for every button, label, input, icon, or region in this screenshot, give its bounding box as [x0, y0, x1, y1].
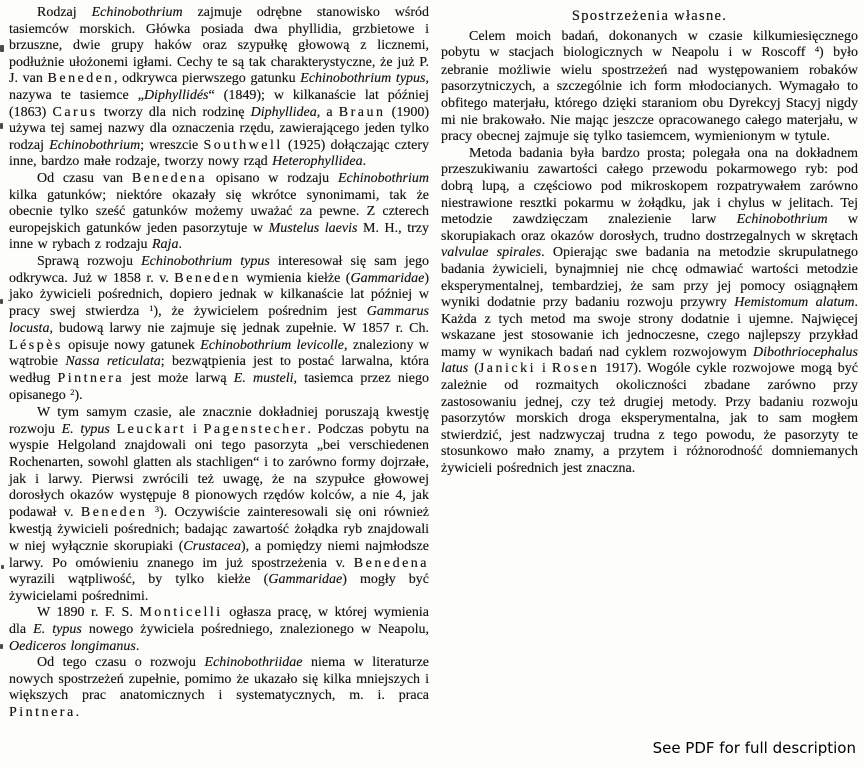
- scan-artifact: [0, 123, 3, 129]
- left-column: Rodzaj Echinobothrium zajmuje odrębne st…: [9, 5, 429, 768]
- scan-artifact: [0, 45, 4, 52]
- section-heading: Spostrzeżenia własne.: [441, 8, 858, 25]
- scan-artifact: [0, 644, 3, 649]
- pdf-note: See PDF for full description: [653, 740, 856, 757]
- paragraph: Sprawą rozwoju Echinobothrium typus inte…: [9, 254, 429, 405]
- scan-artifact: [0, 299, 3, 304]
- paragraph: Od czasu van Benedena opisano w rodzaju …: [9, 171, 429, 254]
- paragraph: Rodzaj Echinobothrium zajmuje odrębne st…: [9, 5, 429, 171]
- paragraph: W 1890 r. F. S. Monticelli ogłasza pracę…: [9, 605, 429, 655]
- scanned-paper-page: Rodzaj Echinobothrium zajmuje odrębne st…: [0, 0, 864, 768]
- paragraph: Celem moich badań, dokonanych w czasie k…: [441, 29, 858, 146]
- scan-artifact: [1, 565, 4, 569]
- paragraph: W tym samym czasie, ale znacznie dokładn…: [9, 405, 429, 605]
- paragraph: Od tego czasu o rozwoju Echinobothriidae…: [9, 655, 429, 721]
- right-column: Spostrzeżenia własne. Celem moich badań,…: [441, 5, 858, 768]
- paragraph: Metoda badania była bardzo prosta; poleg…: [441, 146, 858, 478]
